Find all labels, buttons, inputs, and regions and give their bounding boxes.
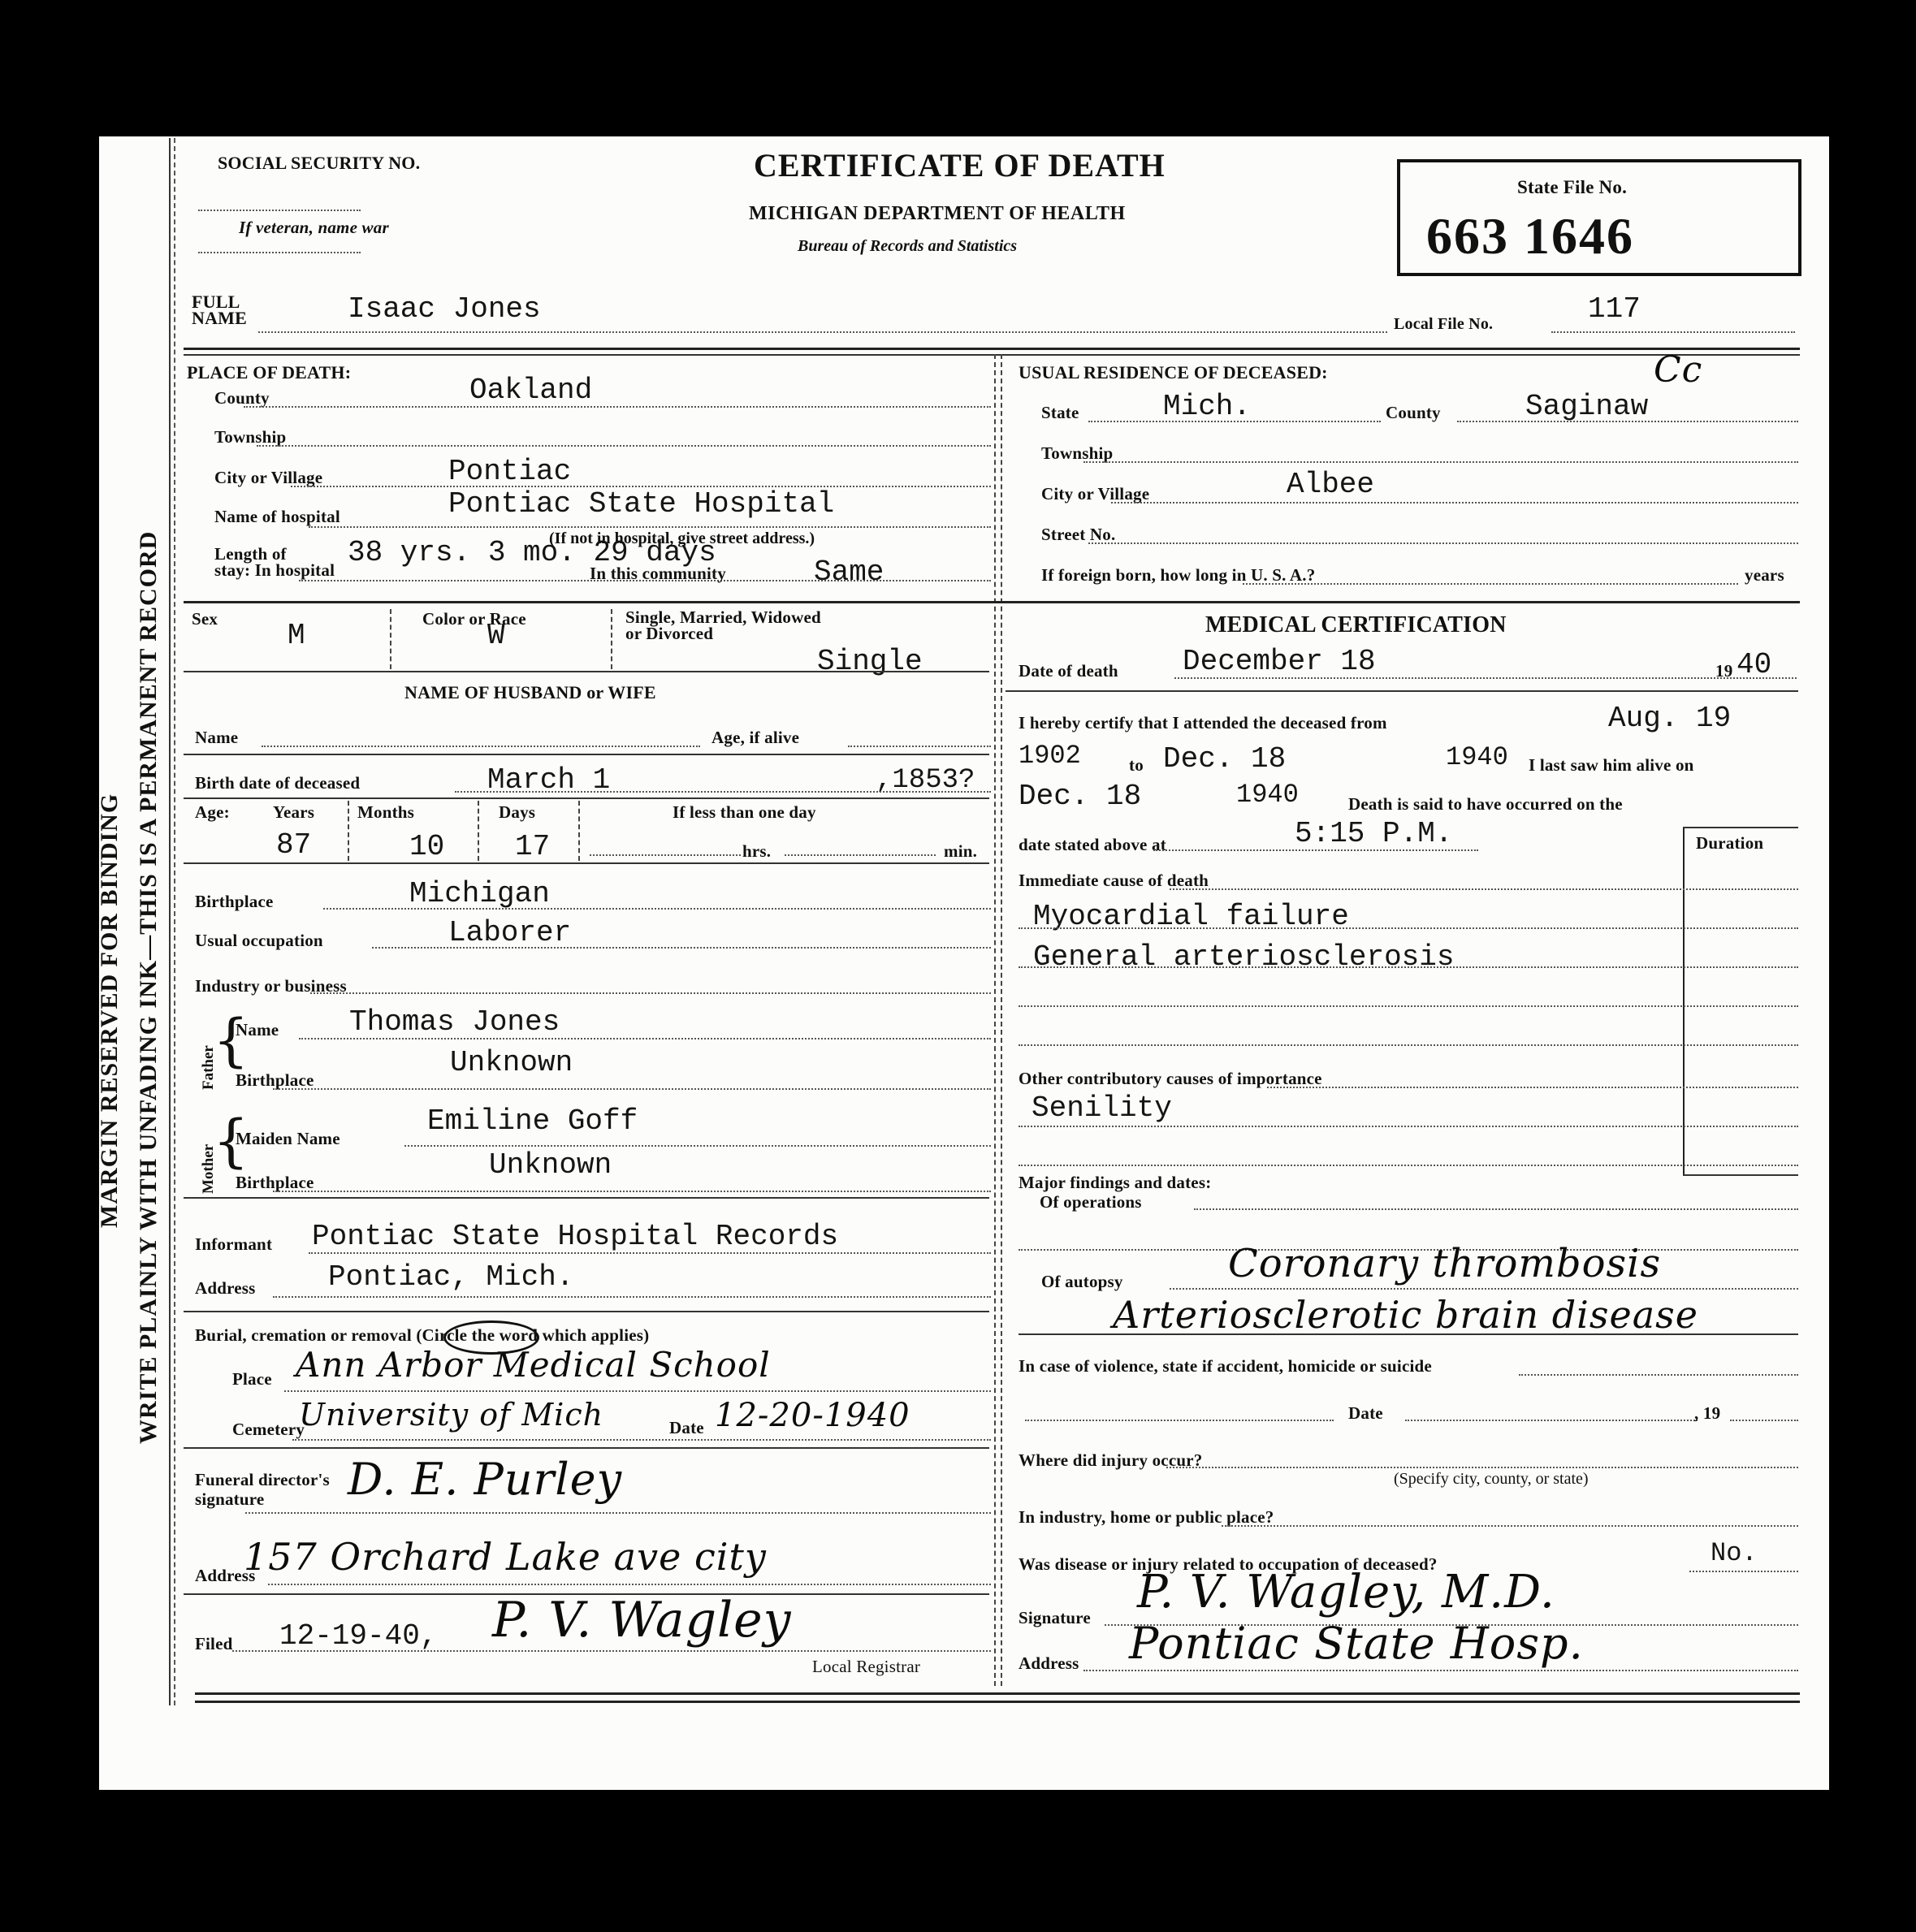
attended-to-value[interactable]: Dec. 18 (1163, 742, 1286, 776)
immediate-cause-line-0 (1170, 888, 1798, 890)
header-rule (184, 348, 1800, 350)
pod-hospital-label: Name of hospital (214, 507, 340, 527)
director-label-2: signature (195, 1489, 264, 1509)
birthplace-value[interactable]: Michigan (409, 877, 550, 910)
parents-rule (184, 1197, 989, 1199)
date-of-death-label: Date of death (1019, 661, 1118, 681)
duration-top-rule (1683, 827, 1798, 828)
state-file-number: 663 1646 (1426, 206, 1634, 266)
violence-year-line[interactable] (1730, 1420, 1798, 1421)
autopsy-label: Of autopsy (1041, 1272, 1123, 1292)
father-birthplace-value[interactable]: Unknown (450, 1046, 573, 1079)
to-label: to (1129, 755, 1144, 776)
pod-community-label: In this community (590, 564, 726, 584)
date-of-death-value[interactable]: December 18 (1183, 645, 1376, 678)
occupation-label: Usual occupation (195, 931, 323, 951)
res-county-line (1457, 421, 1798, 422)
spouse-name-label: Name (195, 728, 238, 748)
res-street-line[interactable] (1088, 542, 1798, 544)
operations-label: Of operations (1040, 1192, 1142, 1212)
informant-line (309, 1252, 991, 1254)
time-label: date stated above at (1019, 835, 1166, 855)
violence-line[interactable] (1519, 1374, 1798, 1376)
hrs-line[interactable] (590, 854, 741, 856)
physician-address-value[interactable]: Pontiac State Hosp. (1129, 1618, 1584, 1669)
res-foreign-unit: years (1745, 565, 1784, 586)
occupation-value[interactable]: Laborer (448, 916, 571, 949)
director-signature[interactable]: D. E. Purley (348, 1454, 622, 1505)
attended-to-year[interactable]: 1940 (1446, 742, 1508, 772)
birthplace-line (323, 908, 991, 910)
hrs-label: hrs. (742, 841, 771, 862)
occupation-related-value[interactable]: No. (1711, 1538, 1758, 1568)
pod-county-line (244, 406, 991, 408)
spouse-age-line[interactable] (848, 746, 991, 747)
age-divider-3 (578, 801, 580, 861)
date-of-death-rule (1006, 690, 1798, 692)
age-rule (184, 862, 989, 864)
time-line (1153, 849, 1478, 851)
operations-line[interactable] (1194, 1208, 1798, 1210)
immediate-cause-line-1 (1019, 927, 1798, 929)
age-days-value[interactable]: 17 (515, 830, 550, 863)
disposition-rule (184, 1447, 989, 1449)
disposition-selected[interactable]: removal (351, 1325, 412, 1345)
last-saw-value[interactable]: Dec. 18 (1019, 780, 1141, 813)
race-label: Color or Race (422, 609, 526, 629)
sex-race-divider (390, 609, 391, 669)
immediate-cause-line-2 (1019, 966, 1798, 968)
death-occurred-text: Death is said to have occurred on the (1348, 794, 1623, 815)
age-months-label: Months (357, 802, 414, 823)
full-name-label: FULLNAME (192, 294, 247, 326)
contributory-line-2[interactable] (1019, 1165, 1798, 1166)
contributory-line-1 (1019, 1126, 1798, 1127)
res-foreign-line[interactable] (1243, 583, 1738, 585)
marital-label: Single, Married, Widowedor Divorced (625, 609, 821, 642)
duration-bottom-rule (1683, 1174, 1798, 1176)
birth-date-line (455, 791, 991, 793)
mother-birthplace-line (273, 1191, 991, 1192)
violence-label: In case of violence, state if accident, … (1019, 1356, 1432, 1377)
footer-rule-2 (195, 1701, 1800, 1703)
res-city-value[interactable]: Albee (1287, 468, 1374, 501)
column-divider (994, 354, 996, 1686)
birth-rule (184, 797, 989, 799)
department-name: MICHIGAN DEPARTMENT OF HEALTH (749, 203, 1126, 225)
column-divider-2 (1001, 354, 1002, 1686)
director-signature-line (245, 1512, 991, 1514)
duration-label: Duration (1696, 833, 1763, 854)
father-name-label: Name (236, 1020, 279, 1040)
attended-from-year[interactable]: 1902 (1019, 741, 1081, 771)
informant-address-line (273, 1296, 991, 1298)
pod-county-value[interactable]: Oakland (469, 374, 592, 407)
registrar-label: Local Registrar (812, 1657, 920, 1677)
margin-ink-warning: WRITE PLAINLY WITH UNFADING INK—THIS IS … (135, 531, 162, 1444)
contributory-value[interactable]: Senility (1032, 1091, 1172, 1125)
place-of-death-heading: PLACE OF DEATH: (187, 362, 351, 383)
mother-birthplace-value[interactable]: Unknown (489, 1148, 612, 1182)
violence-year-prefix: , 19 (1694, 1403, 1720, 1424)
informant-rule (184, 1311, 989, 1312)
informant-label: Informant (195, 1234, 272, 1255)
date-of-death-year[interactable]: 40 (1737, 648, 1771, 681)
local-file-line (1551, 331, 1795, 333)
res-township-line[interactable] (1083, 461, 1798, 463)
pod-hospital-line (309, 526, 991, 528)
social-security-line[interactable] (198, 210, 361, 211)
informant-value[interactable]: Pontiac State Hospital Records (312, 1220, 838, 1253)
spouse-rule (184, 754, 989, 755)
age-divider-1 (348, 801, 349, 861)
mother-name-label: Maiden Name (236, 1129, 340, 1149)
full-name-label-line2: NAME (192, 308, 247, 328)
time-value[interactable]: 5:15 P.M. (1295, 817, 1452, 850)
disposition-date-label: Date (669, 1418, 704, 1438)
disposition-type-label: Burial, cremation or removal (Circle the… (195, 1325, 649, 1346)
disposition-date-value[interactable]: 12-20-1940 (715, 1397, 910, 1434)
age-years-label: Years (273, 802, 314, 823)
last-saw-year[interactable]: 1940 (1236, 780, 1299, 810)
cemetery-line (292, 1439, 991, 1441)
director-address-value[interactable]: 157 Orchard Lake ave city (244, 1535, 767, 1579)
occupation-line (372, 947, 991, 949)
race-marital-divider (611, 609, 612, 669)
age-label: Age: (195, 802, 230, 823)
local-file-number[interactable]: 117 (1588, 292, 1641, 326)
pod-township-line[interactable] (257, 445, 991, 447)
veteran-line[interactable] (198, 252, 361, 253)
pod-stay-label: Length ofstay: In hospital (214, 546, 335, 578)
age-years-value[interactable]: 87 (276, 828, 311, 862)
director-label: Funeral director'ssignature (195, 1470, 330, 1509)
injury-where-note: (Specify city, county, or state) (1394, 1470, 1589, 1489)
full-name-line (258, 331, 1387, 333)
marital-rule (184, 671, 989, 672)
min-label: min. (944, 841, 977, 862)
spouse-heading: NAME OF HUSBAND or WIFE (404, 682, 656, 703)
immediate-cause-line-4[interactable] (1019, 1044, 1798, 1046)
full-name-value[interactable]: Isaac Jones (348, 292, 541, 326)
injury-place-line[interactable] (1222, 1525, 1798, 1527)
age-months-value[interactable]: 10 (409, 830, 444, 863)
registrar-signature[interactable]: P. V. Wagley (492, 1592, 792, 1649)
birthplace-label: Birthplace (195, 892, 274, 912)
mother-name-value[interactable]: Emiline Goff (427, 1104, 638, 1138)
res-state-value[interactable]: Mich. (1163, 390, 1251, 423)
place-line (284, 1390, 991, 1392)
immediate-cause-2[interactable]: General arteriosclerosis (1033, 940, 1454, 974)
violence-date-label: Date (1348, 1403, 1383, 1424)
social-security-label: SOCIAL SECURITY NO. (218, 153, 420, 174)
violence-date-line-2[interactable] (1405, 1420, 1698, 1421)
informant-address-value[interactable]: Pontiac, Mich. (328, 1260, 573, 1294)
autopsy-rule (1019, 1333, 1798, 1335)
injury-where-line[interactable] (1166, 1467, 1798, 1468)
res-county-label: County (1386, 403, 1441, 423)
place-value[interactable]: Ann Arbor Medical School (296, 1345, 771, 1385)
place-label: Place (232, 1369, 272, 1390)
res-state-label: State (1041, 403, 1079, 423)
findings-label: Major findings and dates: (1019, 1173, 1211, 1193)
director-label-1: Funeral director's (195, 1470, 330, 1489)
cemetery-label: Cemetery (232, 1420, 305, 1440)
residence-heading: USUAL RESIDENCE OF DECEASED: (1019, 362, 1328, 383)
age-days-label: Days (499, 802, 535, 823)
spouse-age-label: Age, if alive (711, 728, 799, 748)
bureau-name: Bureau of Records and Statistics (798, 237, 1017, 256)
binding-margin-line-inner (174, 138, 175, 1705)
duration-column-border (1683, 827, 1685, 1174)
industry-line[interactable] (310, 992, 991, 994)
marital-label-2: or Divorced (625, 624, 713, 643)
pod-stay-label-2: stay: In hospital (214, 560, 335, 580)
sex-value[interactable]: M (288, 619, 305, 652)
father-name-line (299, 1038, 991, 1039)
date-of-death-line (1174, 677, 1797, 679)
document-title: CERTIFICATE OF DEATH (754, 146, 1166, 184)
filed-label: Filed (195, 1634, 233, 1654)
filed-value[interactable]: 12-19-40, (279, 1619, 437, 1653)
header-rule-2 (184, 354, 1800, 356)
section-rule-1 (184, 601, 1800, 603)
violence-date-line-1[interactable] (1025, 1420, 1334, 1421)
local-file-label: Local File No. (1394, 315, 1493, 334)
physician-signature[interactable]: P. V. Wagley, M.D. (1137, 1566, 1555, 1619)
disposition-prefix: Burial, cremation or (195, 1325, 347, 1345)
race-value[interactable]: W (487, 619, 505, 652)
pod-hospital-value[interactable]: Pontiac State Hospital (448, 487, 834, 521)
autopsy-line-2[interactable]: Arteriosclerotic brain disease (1113, 1293, 1698, 1337)
filed-line (232, 1650, 991, 1652)
autopsy-line-1[interactable]: Coronary thrombosis (1228, 1241, 1661, 1286)
signature-label: Signature (1019, 1608, 1091, 1628)
veteran-label: If veteran, name war (239, 218, 389, 238)
last-saw-text: I last saw him alive on (1529, 755, 1694, 776)
spouse-name-line[interactable] (262, 746, 700, 747)
res-state-line (1088, 421, 1381, 422)
sex-label: Sex (192, 609, 218, 629)
pod-community-value[interactable]: Same (814, 555, 884, 589)
birth-date-label: Birth date of deceased (195, 773, 360, 793)
mother-name-line (404, 1145, 991, 1147)
min-line[interactable] (785, 854, 936, 856)
res-city-line (1111, 502, 1798, 504)
binding-margin-line (169, 138, 171, 1705)
director-address-line (268, 1584, 991, 1585)
residence-mark: Cc (1654, 349, 1702, 391)
footer-rule-1 (195, 1692, 1800, 1695)
contributory-line-0 (1267, 1087, 1798, 1088)
informant-address-label: Address (195, 1278, 256, 1299)
res-county-value[interactable]: Saginaw (1525, 390, 1648, 423)
father-name-value[interactable]: Thomas Jones (349, 1005, 560, 1039)
margin-binding-text: MARGIN RESERVED FOR BINDING (96, 793, 123, 1228)
physician-address-line (1083, 1670, 1798, 1671)
physician-address-label: Address (1019, 1653, 1079, 1674)
cemetery-value[interactable]: University of Mich (299, 1397, 603, 1433)
marital-value[interactable]: Single (817, 645, 923, 678)
autopsy-dots-1 (1170, 1288, 1798, 1290)
medical-heading: MEDICAL CERTIFICATION (1205, 612, 1507, 638)
age-divider-2 (478, 801, 479, 861)
attended-text: I hereby certify that I attended the dec… (1019, 713, 1387, 733)
father-birthplace-line (273, 1088, 991, 1090)
pod-city-value[interactable]: Pontiac (448, 455, 571, 488)
attended-from-value[interactable]: Aug. 19 (1608, 702, 1731, 735)
occupation-related-line (1689, 1571, 1798, 1572)
less-than-day-label: If less than one day (673, 802, 816, 823)
state-file-label: State File No. (1517, 177, 1627, 198)
immediate-cause-line-3[interactable] (1019, 1005, 1798, 1007)
